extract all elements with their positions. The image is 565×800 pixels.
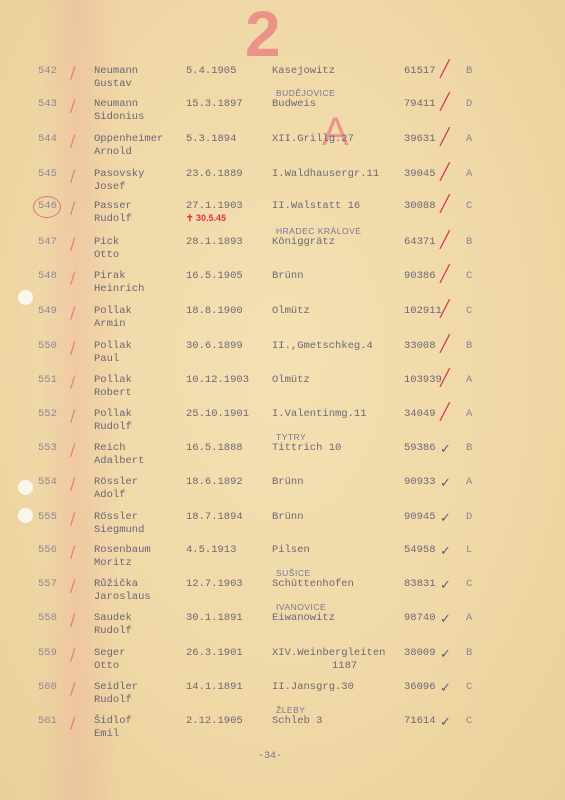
entry-number: 542 bbox=[38, 65, 57, 77]
id-number: 38009 bbox=[404, 647, 436, 659]
checkmark-icon: ✓ bbox=[440, 612, 451, 628]
given-name: Heinrich bbox=[94, 283, 144, 295]
list-row: 551/PollakRobert10.12.1903Olmütz103939╱A bbox=[0, 374, 565, 408]
given-name: Otto bbox=[94, 249, 119, 261]
birth-date: 18.8.1900 bbox=[186, 305, 243, 317]
given-name: Sidonius bbox=[94, 111, 144, 123]
surname: Seger bbox=[94, 647, 126, 659]
birth-date: 5.4.1905 bbox=[186, 65, 236, 77]
birth-date: 28.1.1893 bbox=[186, 236, 243, 248]
list-row: 553/ReichAdalbert16.5.1888TYTRYTittrich … bbox=[0, 442, 565, 476]
surname: Pirak bbox=[94, 270, 126, 282]
red-slash-icon: ╱ bbox=[440, 196, 450, 212]
id-number: 36096 bbox=[404, 681, 436, 693]
checkmark-icon: ✓ bbox=[440, 715, 451, 731]
id-number: 90933 bbox=[404, 476, 436, 488]
category-letter: C bbox=[466, 270, 472, 282]
category-letter: B bbox=[466, 65, 472, 77]
birth-date: 25.10.1901 bbox=[186, 408, 249, 420]
category-letter: A bbox=[466, 476, 472, 488]
place: Pilsen bbox=[272, 544, 310, 556]
given-name: Rudolf bbox=[94, 625, 132, 637]
list-row: 543/NeumannSidonius15.3.1897BUDĚJOVICEBu… bbox=[0, 98, 565, 132]
birth-date: 5.3.1894 bbox=[186, 133, 236, 145]
category-letter: D bbox=[466, 98, 472, 110]
category-letter: C bbox=[466, 305, 472, 317]
id-number: 83831 bbox=[404, 578, 436, 590]
birth-date: 14.1.1891 bbox=[186, 681, 243, 693]
entry-number: 557 bbox=[38, 578, 57, 590]
checkmark-icon: ✓ bbox=[440, 476, 451, 492]
surname: Pollak bbox=[94, 374, 132, 386]
given-name: Emil bbox=[94, 728, 119, 740]
entry-number: 555 bbox=[38, 511, 57, 523]
entry-number: 549 bbox=[38, 305, 57, 317]
id-number: 59386 bbox=[404, 442, 436, 454]
birth-date: 23.6.1889 bbox=[186, 168, 243, 180]
list-row: 545/PasovskyJosef23.6.1889I.Waldhausergr… bbox=[0, 168, 565, 202]
margin-check-icon: / bbox=[70, 372, 75, 391]
red-slash-icon: ╱ bbox=[440, 336, 450, 352]
margin-check-icon: / bbox=[70, 679, 75, 698]
given-name: Rudolf bbox=[94, 213, 132, 225]
given-name: Josef bbox=[94, 181, 126, 193]
checkmark-icon: ✓ bbox=[440, 511, 451, 527]
place: Brünn bbox=[272, 476, 304, 488]
surname: Rössler bbox=[94, 476, 138, 488]
category-letter: A bbox=[466, 374, 472, 386]
margin-check-icon: / bbox=[70, 542, 75, 561]
category-letter: B bbox=[466, 340, 472, 352]
category-letter: A bbox=[466, 408, 472, 420]
place: II.Jansgrg.30 bbox=[272, 681, 354, 693]
entry-number: 554 bbox=[38, 476, 57, 488]
birth-date: 16.5.1905 bbox=[186, 270, 243, 282]
margin-check-icon: / bbox=[70, 474, 75, 493]
place: Schleb 3 bbox=[272, 715, 322, 727]
entry-number: 548 bbox=[38, 270, 57, 282]
place: Olmütz bbox=[272, 374, 310, 386]
checkmark-icon: ✓ bbox=[440, 578, 451, 594]
list-row: 548/PirakHeinrich16.5.1905Brünn90386╱C bbox=[0, 270, 565, 304]
margin-check-icon: / bbox=[70, 610, 75, 629]
list-row: 555/RösslerSiegmund18.7.1894Brünn90945✓D bbox=[0, 511, 565, 545]
place: Tittrich 10 bbox=[272, 442, 341, 454]
category-letter: B bbox=[466, 647, 472, 659]
surname: Pollak bbox=[94, 408, 132, 420]
birth-date: 10.12.1903 bbox=[186, 374, 249, 386]
category-letter: C bbox=[466, 681, 472, 693]
entry-number: 560 bbox=[38, 681, 57, 693]
margin-check-icon: / bbox=[70, 96, 75, 115]
id-number: 98740 bbox=[404, 612, 436, 624]
given-name: Arnold bbox=[94, 146, 132, 158]
category-letter: L bbox=[466, 544, 472, 556]
given-name: Jaroslaus bbox=[94, 591, 151, 603]
list-row: 544/OppenheimerArnold5.3.1894XII.Grillg.… bbox=[0, 133, 565, 167]
birth-date: 2.12.1905 bbox=[186, 715, 243, 727]
entry-number: 550 bbox=[38, 340, 57, 352]
surname: Rosenbaum bbox=[94, 544, 151, 556]
red-slash-icon: ╱ bbox=[440, 94, 450, 110]
margin-check-icon: / bbox=[70, 576, 75, 595]
red-slash-icon: ╱ bbox=[440, 266, 450, 282]
place: Olmütz bbox=[272, 305, 310, 317]
entry-number: 556 bbox=[38, 544, 57, 556]
list-row: 559/SegerOtto26.3.1901XIV.Weinbergleiten… bbox=[0, 647, 565, 681]
place: Eiwanowitz bbox=[272, 612, 335, 624]
red-slash-icon: ╱ bbox=[440, 164, 450, 180]
surname: Oppenheimer bbox=[94, 133, 163, 145]
surname: Růžička bbox=[94, 578, 138, 590]
place: Schüttenhofen bbox=[272, 578, 354, 590]
margin-check-icon: / bbox=[70, 131, 75, 150]
category-letter: B bbox=[466, 236, 472, 248]
category-letter: C bbox=[466, 578, 472, 590]
given-name: Armin bbox=[94, 318, 126, 330]
document-page: 2 A 542/NeumannGustav5.4.1905Kasejowitz6… bbox=[0, 0, 565, 800]
checkmark-icon: ✓ bbox=[440, 442, 451, 458]
entry-number: 553 bbox=[38, 442, 57, 454]
red-annotation-number: 2 bbox=[245, 2, 281, 66]
entry-number: 547 bbox=[38, 236, 57, 248]
list-row: 547/PickOtto28.1.1893HRADEC KRÁLOVÉKönig… bbox=[0, 236, 565, 270]
margin-check-icon: / bbox=[70, 234, 75, 253]
surname: Neumann bbox=[94, 98, 138, 110]
list-row: 549/PollakArmin18.8.1900Olmütz102911╱C bbox=[0, 305, 565, 339]
place: II.Walstatt 16 bbox=[272, 200, 360, 212]
surname: Pollak bbox=[94, 340, 132, 352]
list-row: 550/PollakPaul30.6.1899II.,Gmetschkeg.43… bbox=[0, 340, 565, 374]
page-number: -34- bbox=[258, 751, 282, 762]
list-row: 554/RösslerAdolf18.6.1892Brünn90933✓A bbox=[0, 476, 565, 510]
entry-number: 558 bbox=[38, 612, 57, 624]
margin-check-icon: / bbox=[70, 645, 75, 664]
entry-number: 546 bbox=[38, 200, 57, 212]
red-slash-icon: ╱ bbox=[440, 61, 450, 77]
surname: Rössler bbox=[94, 511, 138, 523]
place: II.,Gmetschkeg.4 bbox=[272, 340, 373, 352]
id-number: 39045 bbox=[404, 168, 436, 180]
given-name: Adalbert bbox=[94, 455, 144, 467]
place: Königgrätz bbox=[272, 236, 335, 248]
red-slash-icon: ╱ bbox=[440, 232, 450, 248]
death-note: ✝ 30.5.45 bbox=[186, 213, 226, 224]
given-name: Siegmund bbox=[94, 524, 144, 536]
place: Brünn bbox=[272, 511, 304, 523]
id-number: 102911 bbox=[404, 305, 442, 317]
birth-date: 27.1.1903 bbox=[186, 200, 243, 212]
given-name: Rudolf bbox=[94, 694, 132, 706]
birth-date: 26.3.1901 bbox=[186, 647, 243, 659]
surname: Reich bbox=[94, 442, 126, 454]
entry-number: 551 bbox=[38, 374, 57, 386]
category-letter: A bbox=[466, 168, 472, 180]
birth-date: 18.7.1894 bbox=[186, 511, 243, 523]
category-letter: C bbox=[466, 715, 472, 727]
place: XII.Grillg.27 bbox=[272, 133, 354, 145]
id-number: 90945 bbox=[404, 511, 436, 523]
place: I.Valentinmg.11 bbox=[272, 408, 367, 420]
place: XIV.Weinbergleiten bbox=[272, 647, 385, 659]
id-number: 79411 bbox=[404, 98, 436, 110]
id-number: 71614 bbox=[404, 715, 436, 727]
red-slash-icon: ╱ bbox=[440, 370, 450, 386]
birth-date: 30.6.1899 bbox=[186, 340, 243, 352]
margin-check-icon: / bbox=[70, 338, 75, 357]
category-letter: A bbox=[466, 133, 472, 145]
place: Kasejowitz bbox=[272, 65, 335, 77]
checkmark-icon: ✓ bbox=[440, 681, 451, 697]
given-name: Rudolf bbox=[94, 421, 132, 433]
margin-check-icon: / bbox=[70, 198, 75, 217]
margin-check-icon: / bbox=[70, 63, 75, 82]
margin-check-icon: / bbox=[70, 406, 75, 425]
margin-check-icon: / bbox=[70, 713, 75, 732]
given-name: Otto bbox=[94, 660, 119, 672]
surname: Seidler bbox=[94, 681, 138, 693]
given-name: Gustav bbox=[94, 78, 132, 90]
surname: Saudek bbox=[94, 612, 132, 624]
place: Brünn bbox=[272, 270, 304, 282]
category-letter: C bbox=[466, 200, 472, 212]
red-slash-icon: ╱ bbox=[440, 404, 450, 420]
margin-check-icon: / bbox=[70, 166, 75, 185]
place-line-2: 1187 bbox=[332, 660, 357, 672]
id-number: 61517 bbox=[404, 65, 436, 77]
given-name: Paul bbox=[94, 353, 119, 365]
birth-date: 30.1.1891 bbox=[186, 612, 243, 624]
margin-check-icon: / bbox=[70, 509, 75, 528]
margin-check-icon: / bbox=[70, 440, 75, 459]
entry-number: 544 bbox=[38, 133, 57, 145]
given-name: Moritz bbox=[94, 557, 132, 569]
surname: Pick bbox=[94, 236, 119, 248]
surname: Pollak bbox=[94, 305, 132, 317]
given-name: Adolf bbox=[94, 489, 126, 501]
id-number: 30088 bbox=[404, 200, 436, 212]
entry-number: 561 bbox=[38, 715, 57, 727]
birth-date: 18.6.1892 bbox=[186, 476, 243, 488]
surname: Šidlof bbox=[94, 715, 132, 727]
checkmark-icon: ✓ bbox=[440, 647, 451, 663]
id-number: 90386 bbox=[404, 270, 436, 282]
margin-check-icon: / bbox=[70, 303, 75, 322]
entry-number: 552 bbox=[38, 408, 57, 420]
surname: Pasovsky bbox=[94, 168, 144, 180]
entry-number: 559 bbox=[38, 647, 57, 659]
place: Budweis bbox=[272, 98, 316, 110]
entry-number: 545 bbox=[38, 168, 57, 180]
birth-date: 16.5.1888 bbox=[186, 442, 243, 454]
birth-date: 4.5.1913 bbox=[186, 544, 236, 556]
id-number: 39631 bbox=[404, 133, 436, 145]
place: I.Waldhausergr.11 bbox=[272, 168, 379, 180]
list-row: 558/SaudekRudolf30.1.1891IVANOVICEEiwano… bbox=[0, 612, 565, 646]
category-letter: B bbox=[466, 442, 472, 454]
entry-number: 543 bbox=[38, 98, 57, 110]
id-number: 54958 bbox=[404, 544, 436, 556]
birth-date: 12.7.1903 bbox=[186, 578, 243, 590]
red-slash-icon: ╱ bbox=[440, 301, 450, 317]
checkmark-icon: ✓ bbox=[440, 544, 451, 560]
birth-date: 15.3.1897 bbox=[186, 98, 243, 110]
surname: Neumann bbox=[94, 65, 138, 77]
id-number: 64371 bbox=[404, 236, 436, 248]
list-row: 561/ŠidlofEmil2.12.1905ŽLEBYSchleb 37161… bbox=[0, 715, 565, 749]
id-number: 33008 bbox=[404, 340, 436, 352]
id-number: 34049 bbox=[404, 408, 436, 420]
surname: Passer bbox=[94, 200, 132, 212]
red-slash-icon: ╱ bbox=[440, 129, 450, 145]
given-name: Robert bbox=[94, 387, 132, 399]
margin-check-icon: / bbox=[70, 268, 75, 287]
id-number: 103939 bbox=[404, 374, 442, 386]
category-letter: A bbox=[466, 612, 472, 624]
category-letter: D bbox=[466, 511, 472, 523]
